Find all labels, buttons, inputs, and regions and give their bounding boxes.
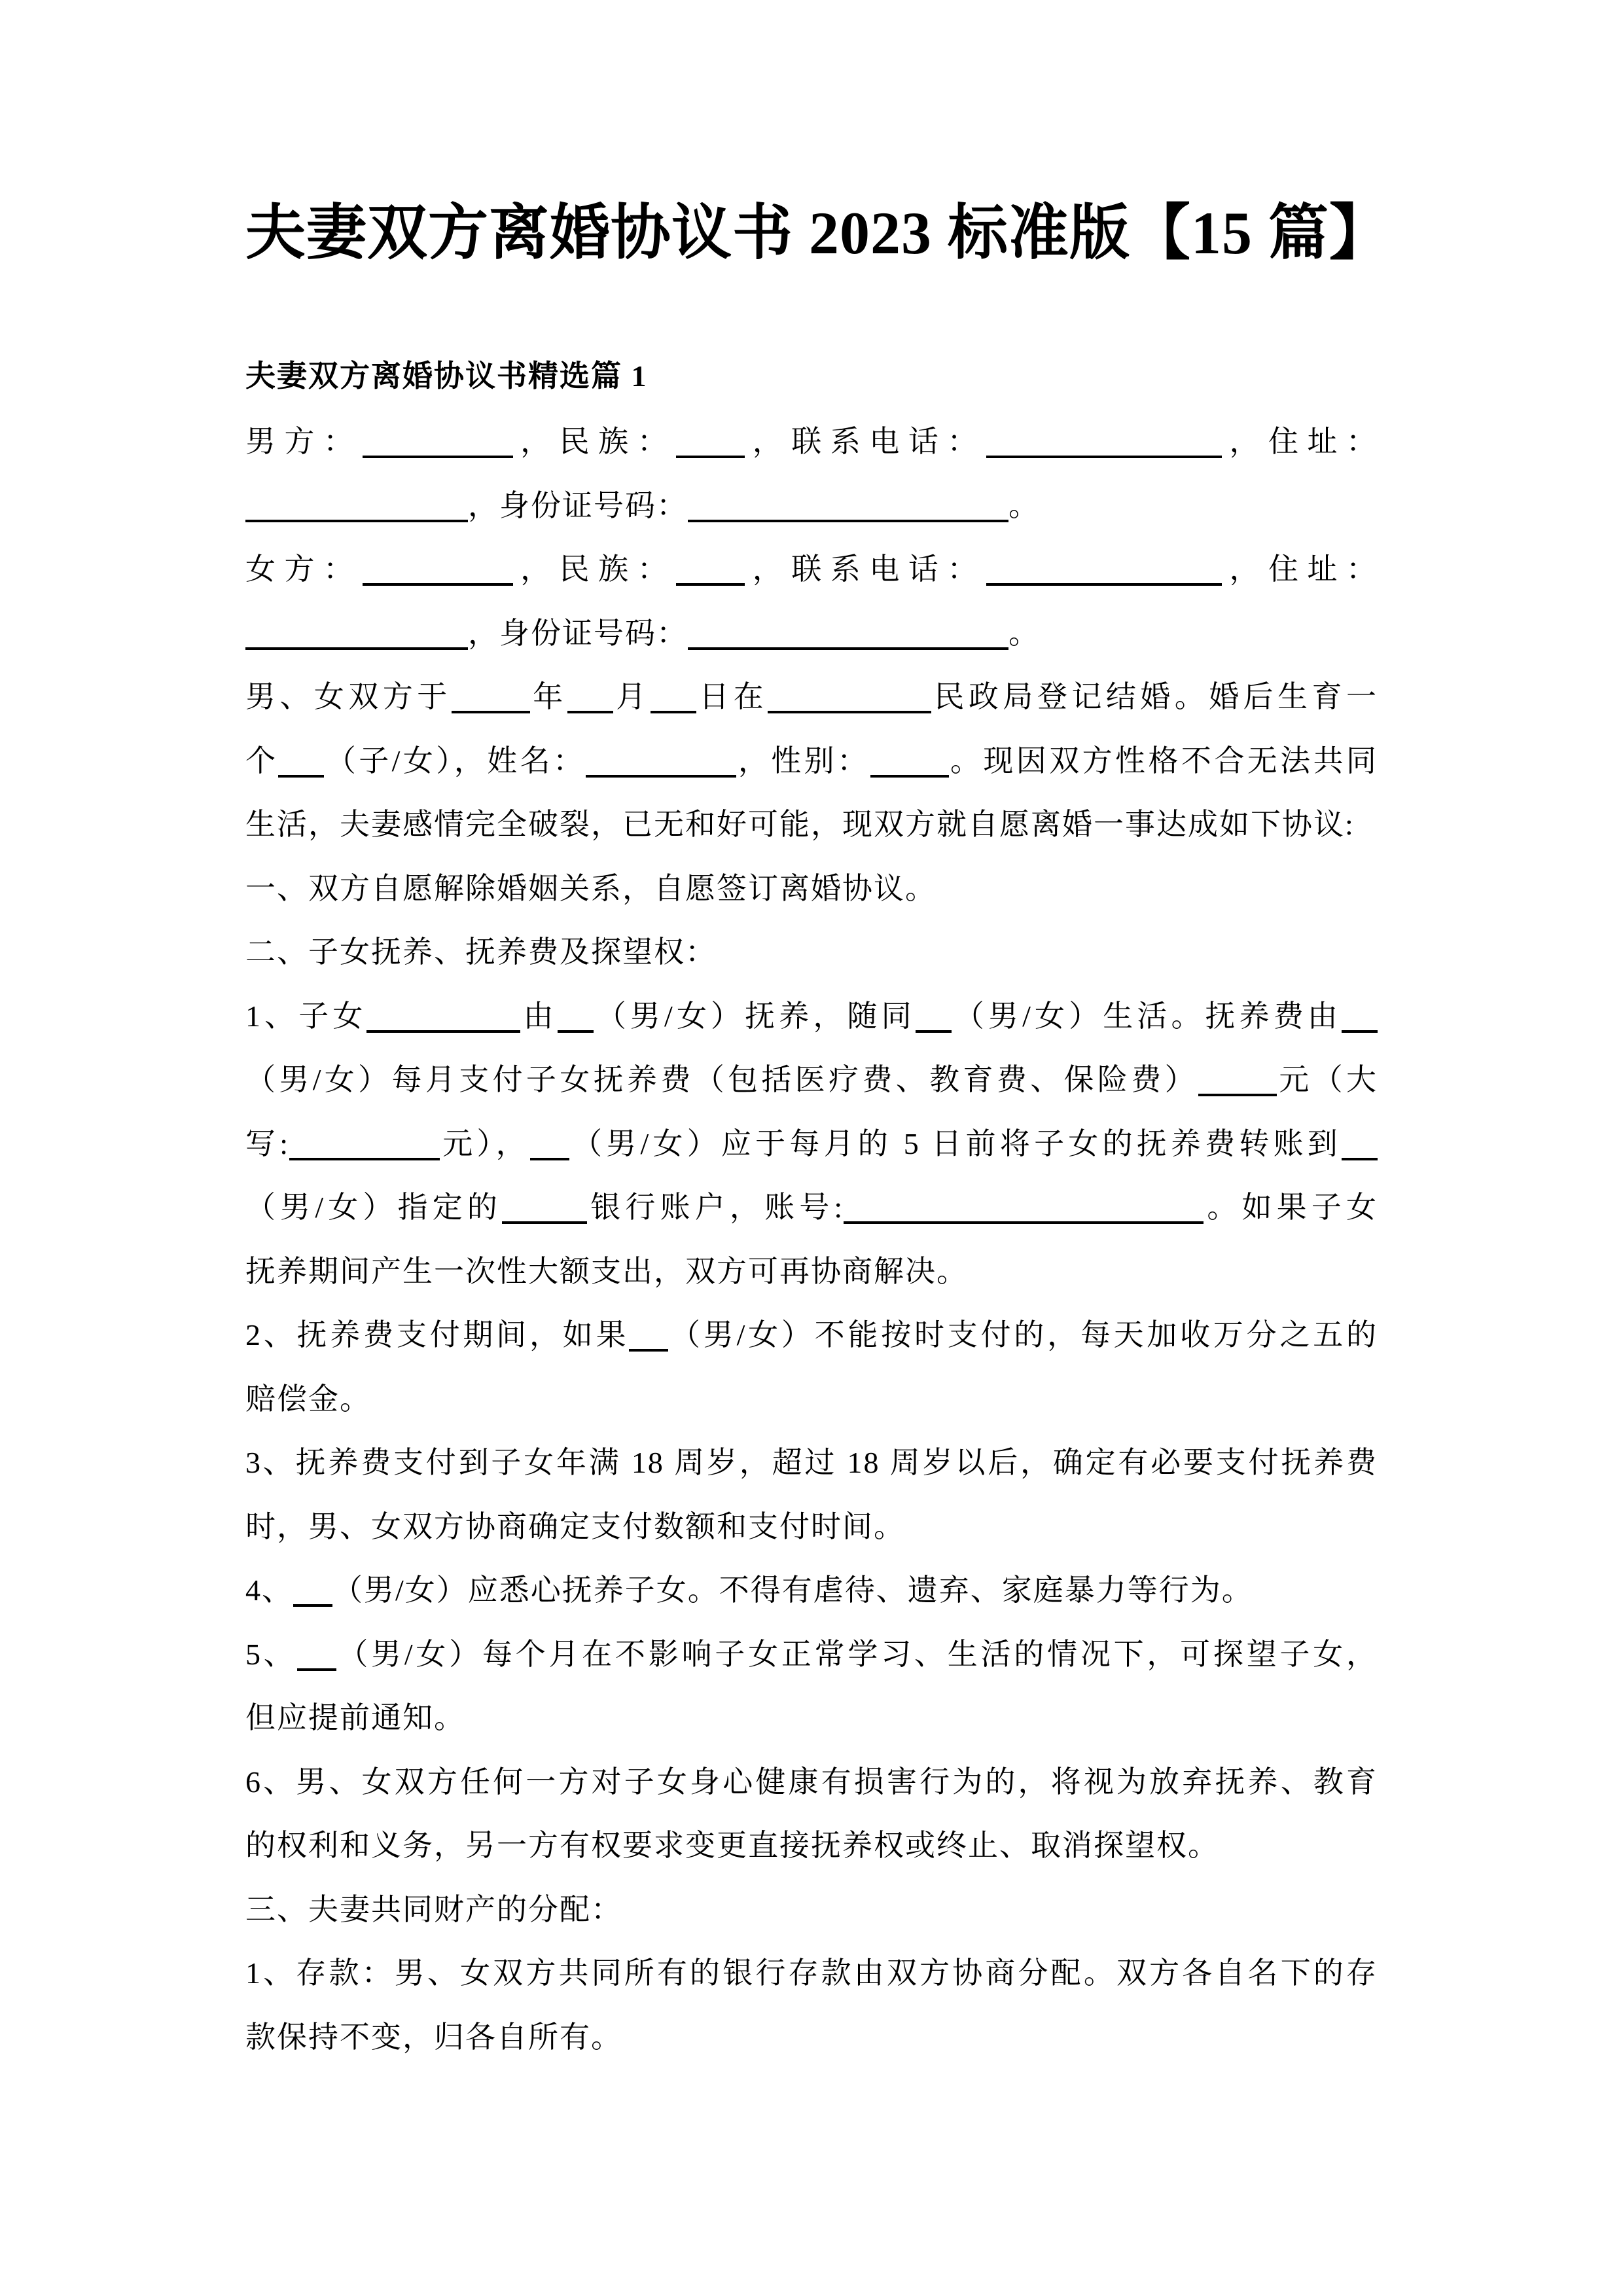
text-run: 但应提前通知。	[245, 1701, 465, 1734]
blank-underline	[688, 490, 1008, 522]
document-line: ，身份证号码：。	[245, 474, 1378, 538]
blank-underline	[502, 1191, 587, 1224]
blank-underline	[530, 1128, 569, 1160]
document-line: 5、（男/女）每个月在不影响子女正常学习、生活的情况下，可探望子女，	[245, 1623, 1378, 1687]
text-run: （男/女）指定的	[245, 1191, 502, 1224]
text-run: （子/女），姓名：	[324, 744, 586, 778]
text-run: （男/女）每月支付子女抚养费（包括医疗费、教育费、保险费）	[245, 1063, 1198, 1096]
document-line: 1、存款：男、女双方共同所有的银行存款由双方协商分配。双方各自名下的存	[245, 1941, 1378, 2005]
text-run: （男/女）不能按时支付的，每天加收万分之五的	[668, 1318, 1378, 1352]
text-run: 6、男、女双方任何一方对子女身心健康有损害行为的，将视为放弃抚养、教育	[245, 1765, 1378, 1799]
document-line: 4、（男/女）应悉心抚养子女。不得有虐待、遗弃、家庭暴力等行为。	[245, 1558, 1378, 1623]
text-run: 赔偿金。	[245, 1382, 371, 1416]
text-run: 民政局登记结婚。婚后生育一	[931, 680, 1378, 713]
blank-underline	[688, 617, 1008, 650]
blank-underline	[586, 745, 736, 778]
document-line: 3、抚养费支付到子女年满 18 周岁，超过 18 周岁以后，确定有必要支付抚养费	[245, 1431, 1378, 1495]
text-run: （男/女）生活。抚养费由	[952, 999, 1342, 1033]
text-run: 二、子女抚养、抚养费及探望权：	[245, 935, 717, 969]
text-run: 三、夫妻共同财产的分配：	[245, 1893, 622, 1926]
text-run: 的权利和义务，另一方有权要求变更直接抚养权或终止、取消探望权。	[245, 1829, 1219, 1862]
text-run: ，联系电话：	[745, 425, 986, 458]
blank-underline	[1342, 1000, 1378, 1033]
blank-underline	[986, 425, 1222, 458]
text-run: 3、抚养费支付到子女年满 18 周岁，超过 18 周岁以后，确定有必要支付抚养费	[245, 1446, 1378, 1479]
document-line: 二、子女抚养、抚养费及探望权：	[245, 920, 1378, 984]
text-run: 男方：	[245, 425, 363, 458]
document-line: 男方：，民族：，联系电话：，住址：	[245, 410, 1378, 474]
text-run: 月	[613, 680, 651, 713]
document-page: 夫妻双方离婚协议书 2023 标准版【15 篇】 夫妻双方离婚协议书精选篇 1 …	[0, 0, 1623, 2296]
blank-underline	[916, 1000, 952, 1033]
text-run: ，身份证号码：	[468, 617, 688, 650]
text-run: 由	[520, 999, 557, 1033]
document-line: 1、子女由（男/女）抚养，随同（男/女）生活。抚养费由	[245, 984, 1378, 1049]
document-body: 男方：，民族：，联系电话：，住址：，身份证号码：。女方：，民族：，联系电话：，住…	[245, 410, 1378, 2069]
blank-underline	[844, 1191, 1204, 1224]
text-run: （男/女）每个月在不影响子女正常学习、生活的情况下，可探望子女，	[336, 1638, 1378, 1671]
text-run: 。	[1008, 489, 1040, 522]
document-line: 2、抚养费支付期间，如果（男/女）不能按时支付的，每天加收万分之五的	[245, 1303, 1378, 1367]
text-run: 款保持不变，归各自所有。	[245, 2020, 622, 2054]
document-line: （男/女）指定的银行账户，账号:。如果子女	[245, 1175, 1378, 1240]
text-run: 抚养期间产生一次性大额支出，双方可再协商解决。	[245, 1255, 968, 1288]
blank-underline	[278, 745, 324, 778]
text-run: 日在	[696, 680, 768, 713]
blank-underline	[289, 1128, 440, 1160]
text-run: 一、双方自愿解除婚姻关系，自愿签订离婚协议。	[245, 872, 936, 905]
blank-underline	[651, 681, 696, 713]
text-run: ，民族：	[513, 552, 677, 586]
blank-underline	[297, 1638, 336, 1671]
document-line: 款保持不变，归各自所有。	[245, 2005, 1378, 2070]
text-run: 银行账户，账号:	[587, 1191, 844, 1224]
blank-underline	[558, 1000, 594, 1033]
document-line: 但应提前通知。	[245, 1686, 1378, 1750]
text-run: 2、抚养费支付期间，如果	[245, 1318, 629, 1352]
document-line: （男/女）每月支付子女抚养费（包括医疗费、教育费、保险费）元（大	[245, 1048, 1378, 1112]
text-run: 元），	[440, 1127, 530, 1160]
text-run: 元（大	[1277, 1063, 1378, 1096]
text-run: 1、存款：男、女双方共同所有的银行存款由双方协商分配。双方各自名下的存	[245, 1956, 1378, 1990]
text-run: 。如果子女	[1204, 1191, 1378, 1224]
blank-underline	[870, 745, 949, 778]
document-line: 写:元），（男/女）应于每月的 5 日前将子女的抚养费转账到	[245, 1112, 1378, 1176]
text-run: 1、子女	[245, 999, 366, 1033]
text-run: ，民族：	[513, 425, 677, 458]
blank-underline	[986, 553, 1222, 586]
blank-underline	[245, 490, 468, 522]
blank-underline	[1198, 1064, 1277, 1096]
blank-underline	[1342, 1128, 1378, 1160]
document-line: 的权利和义务，另一方有权要求变更直接抚养权或终止、取消探望权。	[245, 1814, 1378, 1878]
text-run: 。	[1008, 617, 1040, 650]
document-line: 个（子/女），姓名：，性别：。现因双方性格不合无法共同	[245, 729, 1378, 793]
document-line: 抚养期间产生一次性大额支出，双方可再协商解决。	[245, 1240, 1378, 1304]
blank-underline	[366, 1000, 520, 1033]
text-run: 写:	[245, 1127, 289, 1160]
blank-underline	[363, 425, 513, 458]
blank-underline	[293, 1574, 332, 1607]
text-run: 男、女双方于	[245, 680, 452, 713]
text-run: ，性别：	[736, 744, 870, 778]
document-line: 一、双方自愿解除婚姻关系，自愿签订离婚协议。	[245, 857, 1378, 921]
text-run: 生活，夫妻感情完全破裂，已无和好可能，现双方就自愿离婚一事达成如下协议:	[245, 808, 1355, 841]
text-run: 时，男、女双方协商确定支付数额和支付时间。	[245, 1510, 905, 1543]
blank-underline	[768, 681, 931, 713]
text-run: （男/女）抚养，随同	[594, 999, 916, 1033]
document-line: 男、女双方于年月日在民政局登记结婚。婚后生育一	[245, 665, 1378, 729]
text-run: （男/女）应于每月的 5 日前将子女的抚养费转账到	[569, 1127, 1342, 1160]
text-run: 4、	[245, 1573, 293, 1607]
document-line: 三、夫妻共同财产的分配：	[245, 1878, 1378, 1942]
text-run: 。现因双方性格不合无法共同	[949, 744, 1378, 778]
document-line: 赔偿金。	[245, 1367, 1378, 1431]
blank-underline	[676, 425, 745, 458]
text-run: （男/女）应悉心抚养子女。不得有虐待、遗弃、家庭暴力等行为。	[332, 1573, 1253, 1607]
text-run: 5、	[245, 1638, 297, 1671]
section-heading: 夫妻双方离婚协议书精选篇 1	[245, 357, 1378, 396]
document-line: 时，男、女双方协商确定支付数额和支付时间。	[245, 1495, 1378, 1559]
text-run: 女方：	[245, 552, 363, 586]
blank-underline	[567, 681, 613, 713]
blank-underline	[676, 553, 745, 586]
text-run: ，联系电话：	[745, 552, 986, 586]
document-line: 6、男、女双方任何一方对子女身心健康有损害行为的，将视为放弃抚养、教育	[245, 1750, 1378, 1814]
text-run: 年	[530, 680, 567, 713]
text-run: ，住址：	[1222, 425, 1378, 458]
blank-underline	[245, 617, 468, 650]
blank-underline	[363, 553, 513, 586]
document-line: 生活，夫妻感情完全破裂，已无和好可能，现双方就自愿离婚一事达成如下协议:	[245, 793, 1378, 857]
document-content: 夫妻双方离婚协议书 2023 标准版【15 篇】 夫妻双方离婚协议书精选篇 1 …	[0, 0, 1623, 2069]
document-title: 夫妻双方离婚协议书 2023 标准版【15 篇】	[245, 196, 1378, 270]
text-run: ，住址：	[1222, 552, 1378, 586]
document-line: ，身份证号码：。	[245, 601, 1378, 666]
text-run: ，身份证号码：	[468, 489, 688, 522]
text-run: 个	[245, 744, 278, 778]
document-line: 女方：，民族：，联系电话：，住址：	[245, 537, 1378, 601]
blank-underline	[629, 1319, 668, 1352]
blank-underline	[452, 681, 530, 713]
